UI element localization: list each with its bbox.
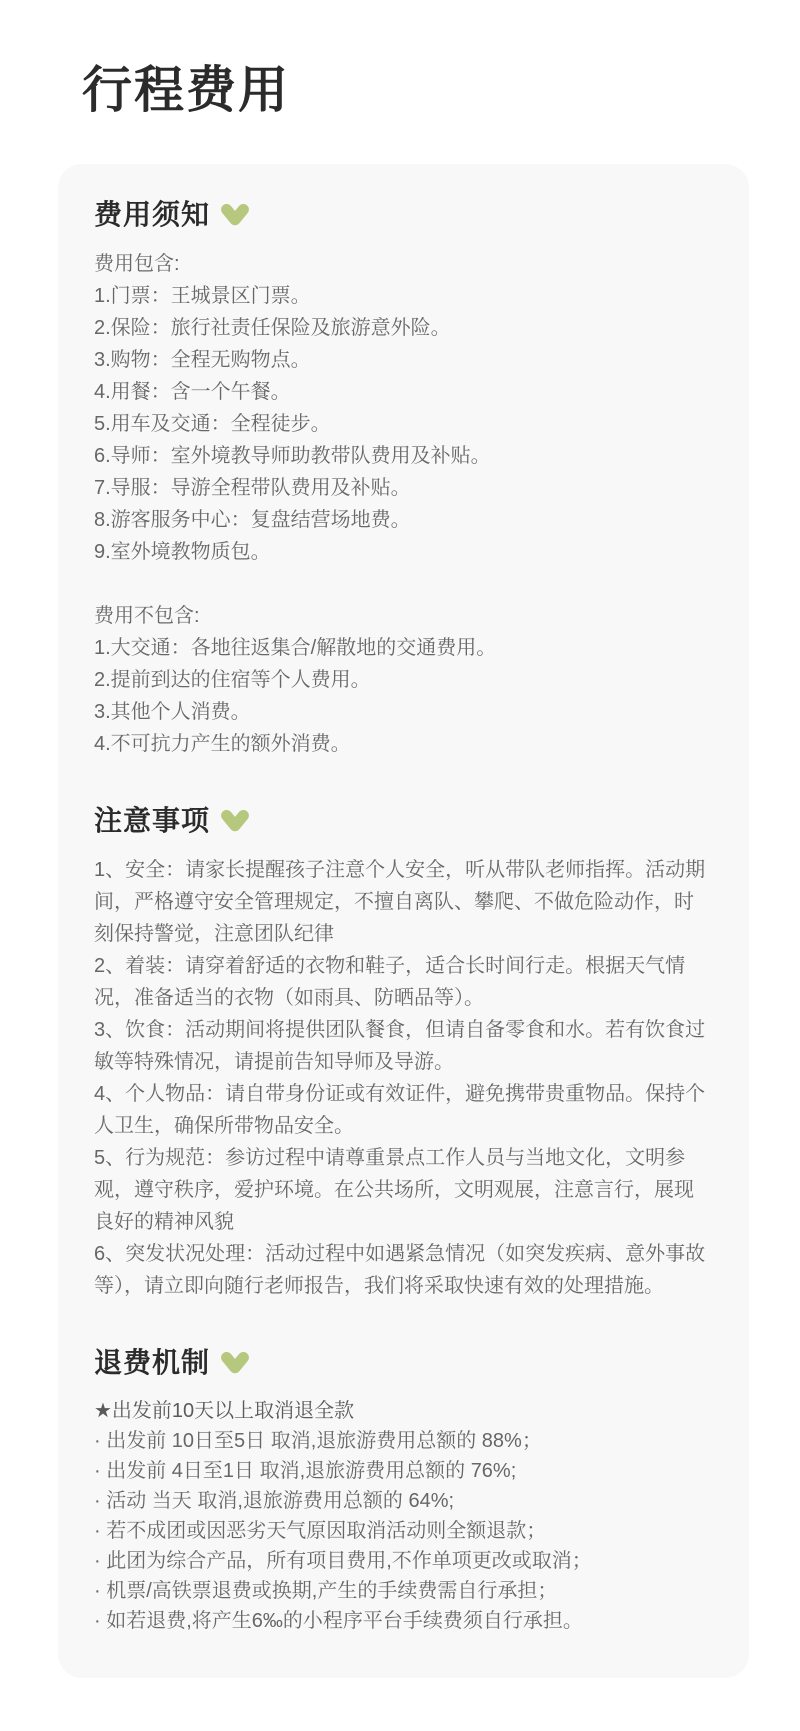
fee-exclude-item: 2.提前到达的住宿等个人费用。 (94, 664, 713, 696)
trip-cost-page: 行程费用 费用须知 费用包含: 1.门票：王城景区门票。 2.保险：旅行社责任保… (0, 0, 800, 1678)
refund-bullet: · 出发前 10日至5日 取消,退旅游费用总额的 88%； (94, 1426, 713, 1456)
refund-star-line: ★出发前10天以上取消退全款 (94, 1396, 713, 1426)
section-title-fee-notice: 费用须知 (94, 198, 210, 232)
fee-include-item: 2.保险：旅行社责任保险及旅游意外险。 (94, 312, 713, 344)
refund-bullet: · 机票/高铁票退费或换期,产生的手续费需自行承担； (94, 1576, 713, 1606)
fee-include-block: 费用包含: 1.门票：王城景区门票。 2.保险：旅行社责任保险及旅游意外险。 3… (94, 248, 713, 568)
fee-exclude-item: 3.其他个人消费。 (94, 696, 713, 728)
refund-bullet: · 若不成团或因恶劣天气原因取消活动则全额退款； (94, 1516, 713, 1546)
fee-include-item: 4.用餐：含一个午餐。 (94, 376, 713, 408)
note-paragraph: 6、突发状况处理：活动过程中如遇紧急情况（如突发疾病、意外事故等），请立即向随行… (94, 1238, 713, 1302)
note-paragraph: 1、安全：请家长提醒孩子注意个人安全，听从带队老师指挥。活动期间，严格遵守安全管… (94, 854, 713, 950)
fee-include-item: 1.门票：王城景区门票。 (94, 280, 713, 312)
fee-exclude-item: 4.不可抗力产生的额外消费。 (94, 728, 713, 760)
refund-bullet: · 此团为综合产品，所有项目费用,不作单项更改或取消； (94, 1546, 713, 1576)
refund-bullet: · 出发前 4日至1日 取消,退旅游费用总额的 76%; (94, 1456, 713, 1486)
section-refund: 退费机制 ★出发前10天以上取消退全款 · 出发前 10日至5日 取消,退旅游费… (94, 1346, 713, 1636)
refund-bullet: · 如若退费,将产生6‰的小程序平台手续费须自行承担。 (94, 1606, 713, 1636)
note-paragraph: 3、饮食：活动期间将提供团队餐食，但请自备零食和水。若有饮食过敏等特殊情况，请提… (94, 1014, 713, 1078)
note-paragraph: 5、行为规范：参访过程中请尊重景点工作人员与当地文化，文明参观，遵守秩序，爱护环… (94, 1142, 713, 1238)
note-paragraph: 2、着装：请穿着舒适的衣物和鞋子，适合长时间行走。根据天气情况，准备适当的衣物（… (94, 950, 713, 1014)
page-title: 行程费用 (0, 0, 800, 118)
fee-include-item: 5.用车及交通：全程徒步。 (94, 408, 713, 440)
note-paragraph: 4、个人物品：请自带身份证或有效证件，避免携带贵重物品。保持个人卫生，确保所带物… (94, 1078, 713, 1142)
section-notes: 注意事项 1、安全：请家长提醒孩子注意个人安全，听从带队老师指挥。活动期间，严格… (94, 804, 713, 1302)
green-v-leaf-icon (220, 809, 250, 835)
section-header-fee-notice: 费用须知 (94, 198, 713, 232)
fee-include-item: 7.导服：导游全程带队费用及补贴。 (94, 472, 713, 504)
fee-exclude-block: 费用不包含: 1.大交通：各地往返集合/解散地的交通费用。 2.提前到达的住宿等… (94, 600, 713, 760)
section-title-refund: 退费机制 (94, 1346, 210, 1380)
green-v-leaf-icon (220, 1351, 250, 1377)
fee-include-label: 费用包含: (94, 248, 713, 280)
fee-include-item: 8.游客服务中心：复盘结营场地费。 (94, 504, 713, 536)
fee-include-item: 3.购物：全程无购物点。 (94, 344, 713, 376)
green-v-leaf-icon (220, 203, 250, 229)
info-card: 费用须知 费用包含: 1.门票：王城景区门票。 2.保险：旅行社责任保险及旅游意… (58, 164, 749, 1678)
section-fee-notice: 费用须知 费用包含: 1.门票：王城景区门票。 2.保险：旅行社责任保险及旅游意… (94, 198, 713, 760)
section-title-notes: 注意事项 (94, 804, 210, 838)
fee-exclude-label: 费用不包含: (94, 600, 713, 632)
fee-include-item: 6.导师：室外境教导师助教带队费用及补贴。 (94, 440, 713, 472)
fee-include-item: 9.室外境教物质包。 (94, 536, 713, 568)
refund-bullet: · 活动 当天 取消,退旅游费用总额的 64%; (94, 1486, 713, 1516)
section-header-notes: 注意事项 (94, 804, 713, 838)
refund-block: ★出发前10天以上取消退全款 · 出发前 10日至5日 取消,退旅游费用总额的 … (94, 1396, 713, 1636)
section-header-refund: 退费机制 (94, 1346, 713, 1380)
fee-exclude-item: 1.大交通：各地往返集合/解散地的交通费用。 (94, 632, 713, 664)
notes-block: 1、安全：请家长提醒孩子注意个人安全，听从带队老师指挥。活动期间，严格遵守安全管… (94, 854, 713, 1302)
